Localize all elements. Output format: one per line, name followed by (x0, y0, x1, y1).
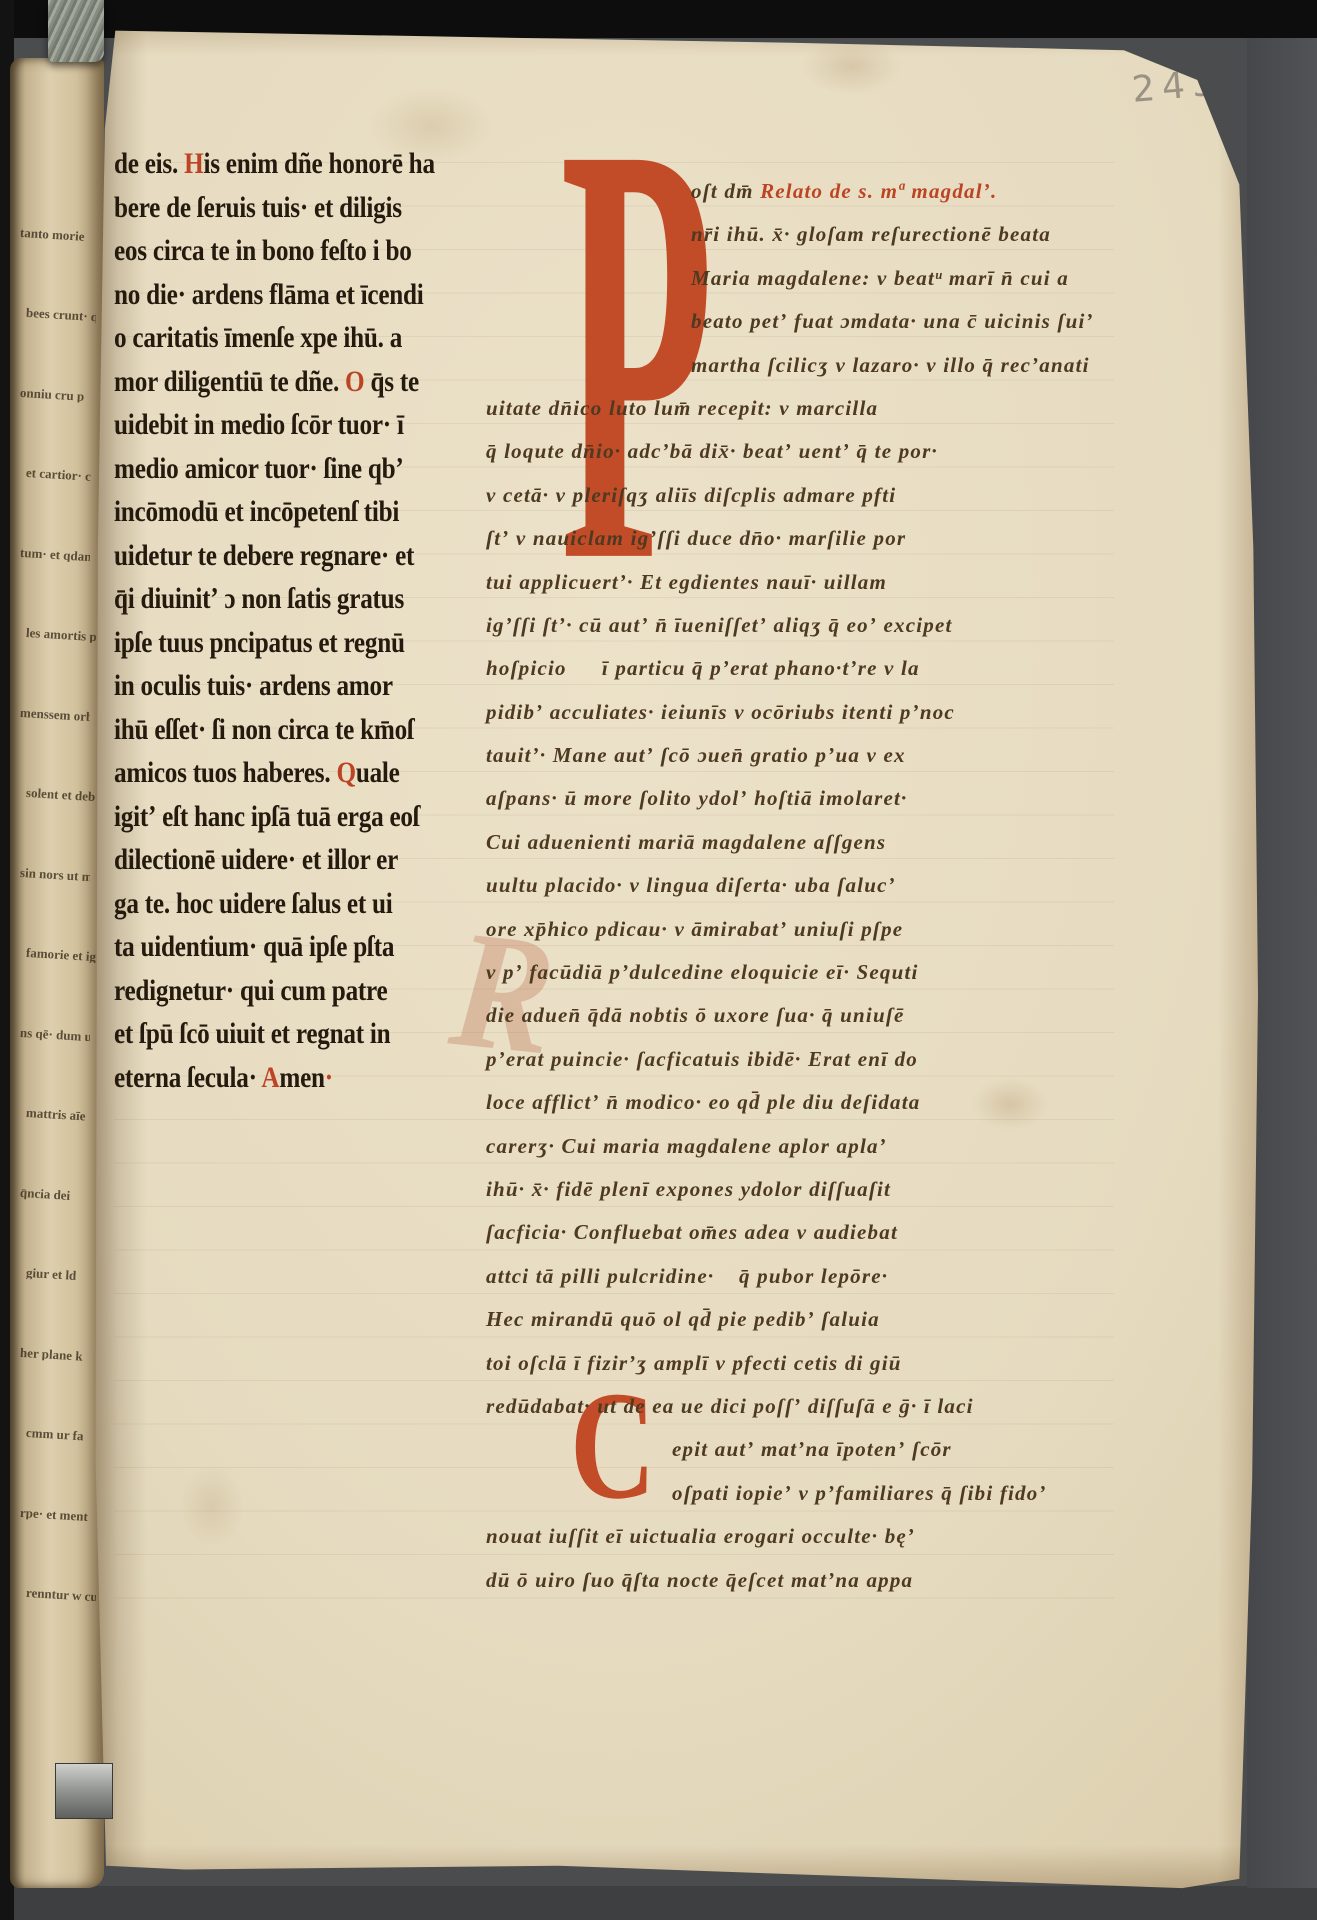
text-line: amicos tuos haberes. Quale (114, 751, 509, 795)
text-segment: eterna ſecula· (114, 1061, 261, 1094)
text-line: eterna ſecula· Amen· (114, 1056, 509, 1100)
text-line: pidibʼ acculiates· ieiunīs v ocōriubs it… (486, 691, 1126, 734)
text-segment: amicos tuos haberes. (114, 756, 336, 789)
edge-text-fragment: tum· et qdam (20, 546, 91, 563)
text-line: de eis. His enim dñe honorē ha (114, 142, 509, 186)
text-line: oſt dm̄ Relato de s. mª magdalʼ. (486, 170, 1126, 213)
text-line: tui applicuertʼ· Et egdientes nauī· uill… (486, 561, 1126, 604)
text-line: ſacficia· Confluebat om̄es adea v audieb… (486, 1211, 1126, 1254)
text-line: ipſe tuus pncipatus et regnū (114, 621, 509, 665)
edge-text-fragment: mattris aīe (26, 1106, 97, 1123)
text-line: v pʼ facūdiā pʼdulcedine eloquicie eī· S… (486, 951, 1126, 994)
text-line: bere de ſeruis tuis· et diligis (114, 186, 509, 230)
edge-text-fragment: et cartior· c (26, 466, 97, 483)
text-segment: uale (356, 756, 400, 789)
text-line: uitate dn̄ico luto lum̄ recepit: v marci… (486, 387, 1126, 430)
text-line: mor diligentiū te dñe. O q̄s te (114, 360, 509, 404)
text-line: epit autʼ matʼna īpotenʼ ſcōr (486, 1428, 1126, 1471)
edge-text-fragment: sin nors ut m (20, 866, 91, 883)
text-segment: is enim dñe honorē ha (203, 147, 434, 180)
text-line: q̄ loqute dn̄io· adcʼbā dix̄· beatʼ uent… (486, 430, 1126, 473)
text-line: nouat iuſſit eī uictualia erogari occult… (486, 1515, 1126, 1558)
text-segment: O (345, 365, 364, 398)
text-line: ihū eſſet· ſi non circa te km̄oſ (114, 708, 509, 752)
text-line: carerʒ· Cui maria magdalene aplor aplaʼ (486, 1125, 1126, 1168)
text-segment: q̄s te (364, 365, 418, 398)
edge-text-fragment: giur et ld (26, 1266, 97, 1283)
text-line: o caritatis īmenſe xpe ihū. a (114, 316, 509, 360)
text-line: ta uidentium· quā ipſe pſta (114, 925, 509, 969)
text-line: medio amicor tuor· ſine qbʼ (114, 447, 509, 491)
text-line: Maria magdalene: v beatᵘ marī n̄ cui a (486, 257, 1126, 300)
right-text-column: oſt dm̄ Relato de s. mª magdalʼ.nr̄i ihū… (486, 170, 1126, 1602)
text-line: toi oſclā ī fizirʼʒ amplī v pfecti cetis… (486, 1342, 1126, 1385)
book-clamp (55, 1763, 113, 1819)
text-line: hoſpicio ī particu q̄ pʼerat phano·tʼre … (486, 647, 1126, 690)
text-line: die aduen̄ q̄dā nobtis ō uxore ſua· q̄ u… (486, 994, 1126, 1037)
folio-number: 243 (1130, 62, 1223, 111)
text-line: oſpati iopieʼ v pʼfamiliares q̄ ſibi fid… (486, 1472, 1126, 1515)
edge-text-fragment: her plane k (20, 1346, 91, 1363)
text-line: ſtʼ v nauiclam igʼſſi duce dn̄o· marſili… (486, 517, 1126, 560)
text-line: eos circa te in bono feſto i bo (114, 229, 509, 273)
text-segment: Relato de s. mª magdalʼ. (760, 179, 997, 203)
text-line: loce afflictʼ n̄ modico· eo qd̄ ple diu … (486, 1081, 1126, 1124)
text-line: v cetā· v pleriſqʒ aliīs diſcplis admare… (486, 474, 1126, 517)
text-segment: men (279, 1061, 324, 1094)
manuscript-page: 243 P C R de eis. His enim dñe honorē ha… (92, 26, 1258, 1890)
text-line: ore xp̄hico pdicau· v āmirabatʼ uniuſi p… (486, 908, 1126, 951)
text-line: dū ō uiro ſuo q̄ſta nocte q̄eſcet matʼna… (486, 1559, 1126, 1602)
edge-text-fragment: solent et deb (26, 786, 97, 803)
text-segment: A (261, 1061, 279, 1094)
text-line: uultu placido· v lingua diſerta· uba ſal… (486, 864, 1126, 907)
edge-text-fragment: les amortis p (26, 626, 97, 643)
text-line: ihū· x̄· fidē plenī expones ydolor diſſu… (486, 1168, 1126, 1211)
left-text-column: de eis. His enim dñe honorē habere de ſe… (114, 142, 509, 1099)
edge-text-fragment: q̄ncia dei (20, 1186, 91, 1203)
text-line: Hec mirandū quō ol qd̄ pie pedibʼ ſaluia (486, 1298, 1126, 1341)
edge-text-fragment: onniu cru p (20, 386, 91, 403)
text-line: q̄i diuinitʼ ɔ non ſatis gratus (114, 577, 509, 621)
text-line: igʼſſi ſtʼ· cū autʼ n̄ īueniſſetʼ aliqʒ … (486, 604, 1126, 647)
text-line: no die· ardens flāma et īcendi (114, 273, 509, 317)
text-line: martha ſcilicʒ v lazaro· v illo q̄ recʼa… (486, 344, 1126, 387)
text-segment: · (325, 1061, 333, 1094)
text-line: aſpans· ū more ſolito ydolʼ hoſtiā imola… (486, 777, 1126, 820)
text-line: igitʼ eſt hanc ipſā tuā erga eoſ (114, 795, 509, 839)
text-line: uidebit in medio ſcōr tuor· ī (114, 403, 509, 447)
backdrop-bottom (0, 1886, 1317, 1920)
edge-text-fragment: menssem orb (20, 706, 91, 723)
binding-cloth (48, 0, 104, 62)
text-line: in oculis tuis· ardens amor (114, 664, 509, 708)
text-segment: H (184, 147, 203, 180)
text-line: beato petʼ fuat ɔmdata· una c̄ uicinis ſ… (486, 300, 1126, 343)
manuscript-photo: tanto moriebees crunt· qonniu cru pet ca… (0, 0, 1317, 1920)
text-line: nr̄i ihū. x̄· gloſam reſurectionē beata (486, 213, 1126, 256)
text-line: attci tā pilli pulcridine· q̄ pubor lepō… (486, 1255, 1126, 1298)
text-line: ga te. hoc uidere ſalus et ui (114, 882, 509, 926)
text-segment: mor diligentiū te dñe. (114, 365, 345, 398)
text-line: pʼerat puincie· ſacficatuis ibidē· Erat … (486, 1038, 1126, 1081)
book-fore-edge: tanto moriebees crunt· qonniu cru pet ca… (10, 58, 104, 1888)
edge-text-fragment: tanto morie (20, 226, 91, 243)
text-line: uidetur te debere regnare· et (114, 534, 509, 578)
text-segment: de eis. (114, 147, 184, 180)
text-line: incōmodū et incōpetenſ tibi (114, 490, 509, 534)
text-line: redūdabat· ut de ea ue dici poſſʼ diſſuſ… (486, 1385, 1126, 1428)
edge-text-fragment: rpe· et ment (20, 1506, 91, 1523)
edge-text-fragment: cmm ur fa (26, 1426, 97, 1443)
text-segment: oſt dm̄ (691, 179, 760, 203)
text-segment: Q (336, 756, 355, 789)
text-line: tauitʼ· Mane autʼ ſcō ɔuen̄ gratio pʼua … (486, 734, 1126, 777)
edge-text-fragment: bees crunt· q (26, 306, 97, 323)
text-line: dilectionē uidere· et illor er (114, 838, 509, 882)
text-line: Cui aduenienti mariā magdalene aſſgens (486, 821, 1126, 864)
edge-text-fragment: famorie et ig (26, 946, 97, 963)
edge-text-fragment: renntur w cu (26, 1586, 97, 1603)
edge-text-fragment: ns qē· dum u (20, 1026, 91, 1043)
text-line: redignetur· qui cum patre (114, 969, 509, 1013)
text-line: et ſpū ſcō uiuit et regnat in (114, 1012, 509, 1056)
